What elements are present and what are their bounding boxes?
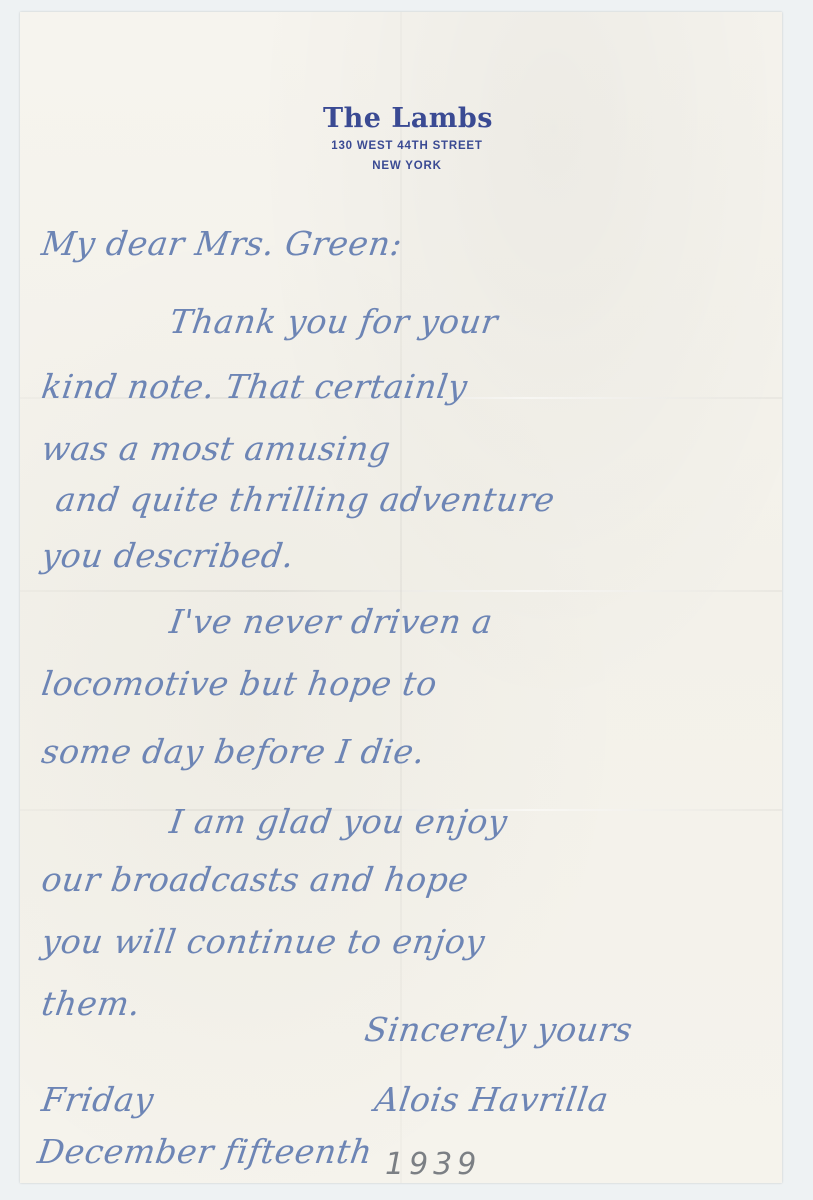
body-line: and quite thrilling adventure xyxy=(53,480,557,519)
body-line: them. xyxy=(39,984,143,1023)
letterhead-street: 130 WEST 44TH STREET xyxy=(32,138,782,154)
signature: Alois Havrilla xyxy=(372,1080,611,1119)
body-line: I've never driven a xyxy=(167,602,495,641)
body-line: kind note. That certainly xyxy=(39,367,470,406)
body-line: I am glad you enjoy xyxy=(167,802,510,841)
body-line: locomotive but hope to xyxy=(39,664,439,703)
body-line: our broadcasts and hope xyxy=(39,860,471,899)
letter-paper: The Lambs 130 WEST 44TH STREET NEW YORK … xyxy=(20,12,782,1183)
date-day: Friday xyxy=(39,1080,156,1119)
body-line: you will continue to enjoy xyxy=(39,922,487,961)
paper-vertical-fold xyxy=(400,12,402,1183)
body-line: you described. xyxy=(39,536,296,575)
pencil-year: 1939 xyxy=(385,1147,481,1182)
body-line: some day before I die. xyxy=(39,732,427,771)
date-line: December fifteenth xyxy=(35,1132,375,1171)
letterhead-name: The Lambs xyxy=(34,104,782,134)
letterhead-city: NEW YORK xyxy=(32,158,782,174)
letterhead: The Lambs 130 WEST 44TH STREET NEW YORK xyxy=(20,104,782,174)
closing: Sincerely yours xyxy=(362,1010,635,1049)
body-line: was a most amusing xyxy=(39,429,393,468)
body-line: Thank you for your xyxy=(167,302,500,341)
salutation: My dear Mrs. Green: xyxy=(39,224,405,263)
